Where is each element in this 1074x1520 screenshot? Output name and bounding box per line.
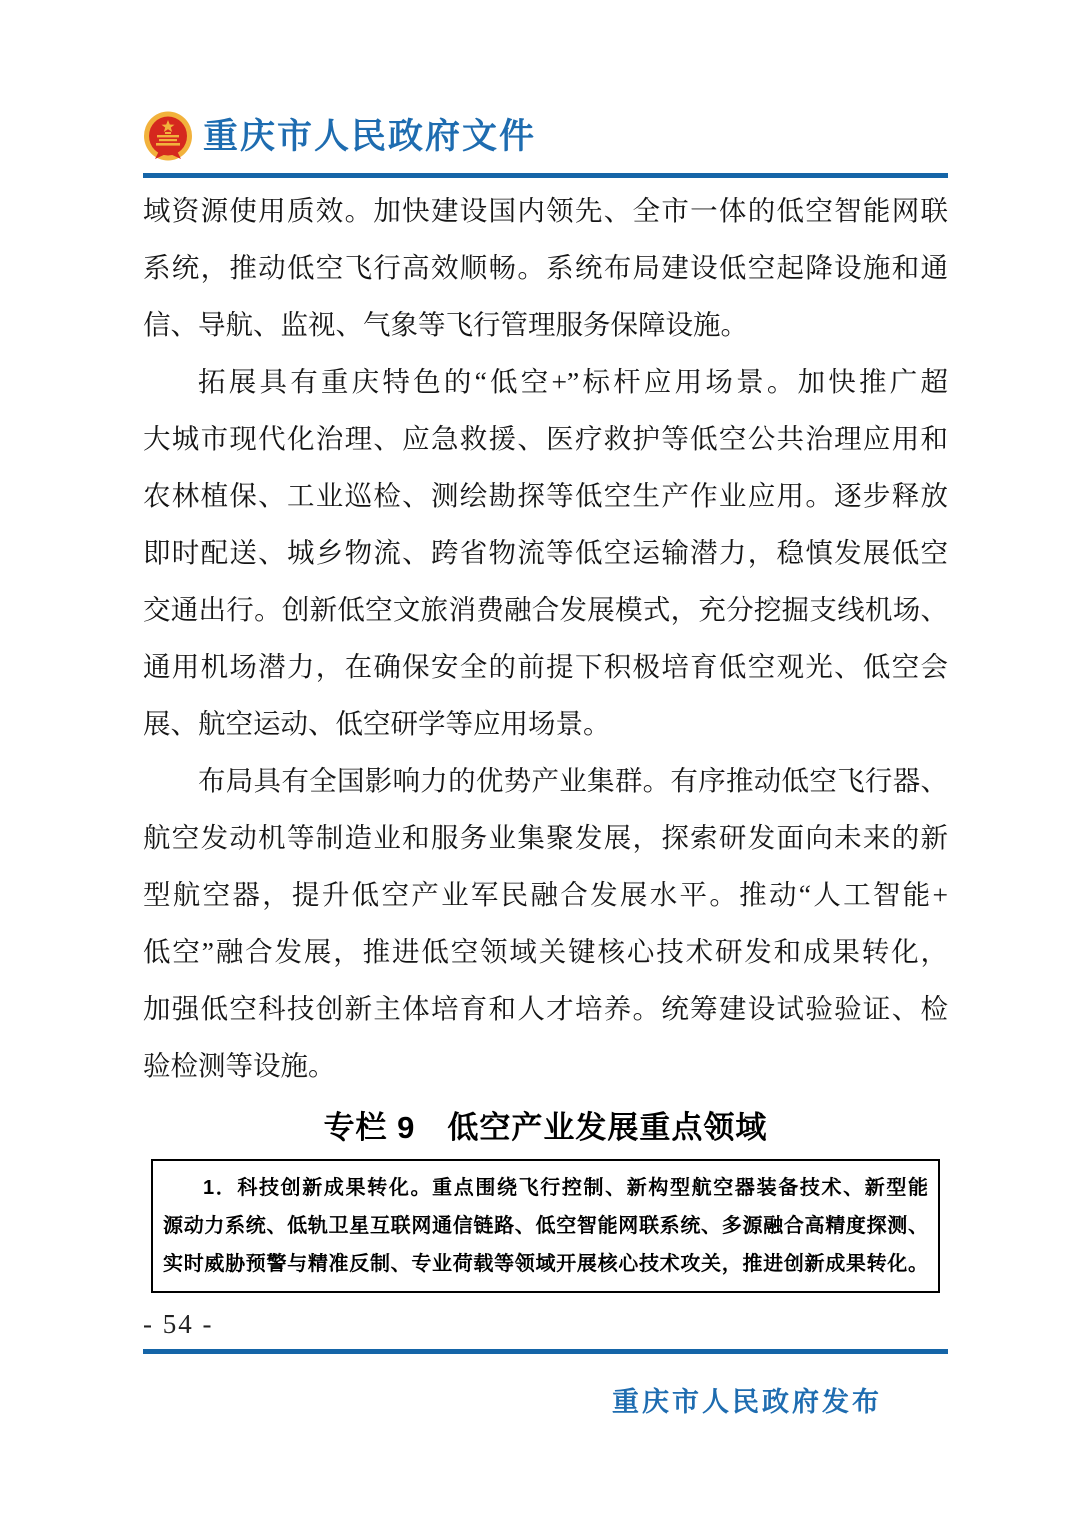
box-text-line: 源动力系统、低轨卫星互联网通信链路、低空智能网联系统、多源融合高精度探测、 (163, 1207, 928, 1245)
body-text-line: 低空”融合发展，推进低空领域关键核心技术研发和成果转化， (143, 923, 948, 980)
body-text-line: 型航空器，提升低空产业军民融合发展水平。推动“人工智能+ (143, 866, 948, 923)
box-text-line: 1．科技创新成果转化。重点围绕飞行控制、新构型航空器装备技术、新型能 (163, 1169, 928, 1207)
content-area: 重庆市人民政府文件 域资源使用质效。加快建设国内领先、全市一体的低空智能网联系统… (143, 110, 948, 1419)
document-header: 重庆市人民政府文件 (143, 110, 948, 164)
body-text-line: 展、航空运动、低空研学等应用场景。 (143, 695, 948, 752)
body-text-line: 大城市现代化治理、应急救援、医疗救护等低空公共治理应用和 (143, 410, 948, 467)
body-text-line: 交通出行。创新低空文旅消费融合发展模式，充分挖掘支线机场、 (143, 581, 948, 638)
document-body: 域资源使用质效。加快建设国内领先、全市一体的低空智能网联系统，推动低空飞行高效顺… (143, 182, 948, 1094)
national-emblem-icon (143, 111, 193, 163)
publisher-label: 重庆市人民政府发布 (143, 1380, 948, 1419)
body-text-line: 通用机场潜力，在确保安全的前提下积极培育低空观光、低空会 (143, 638, 948, 695)
document-page: 重庆市人民政府文件 域资源使用质效。加快建设国内领先、全市一体的低空智能网联系统… (0, 0, 1074, 1520)
body-text-line: 布局具有全国影响力的优势产业集群。有序推动低空飞行器、 (143, 752, 948, 809)
body-text-line: 系统，推动低空飞行高效顺畅。系统布局建设低空起降设施和通 (143, 239, 948, 296)
body-text-line: 验检测等设施。 (143, 1037, 948, 1094)
column-box: 1．科技创新成果转化。重点围绕飞行控制、新构型航空器装备技术、新型能源动力系统、… (151, 1159, 940, 1293)
footer-rule (143, 1349, 948, 1354)
column-heading: 专栏 9 低空产业发展重点领域 (143, 1102, 948, 1147)
body-text-line: 拓展具有重庆特色的“低空+”标杆应用场景。加快推广超 (143, 353, 948, 410)
body-text-line: 信、导航、监视、气象等飞行管理服务保障设施。 (143, 296, 948, 353)
body-text-line: 加强低空科技创新主体培育和人才培养。统筹建设试验验证、检 (143, 980, 948, 1037)
body-text-line: 域资源使用质效。加快建设国内领先、全市一体的低空智能网联 (143, 182, 948, 239)
header-rule (143, 173, 948, 178)
page-number: - 54 - (143, 1309, 948, 1340)
document-title: 重庆市人民政府文件 (203, 111, 536, 163)
body-text-line: 即时配送、城乡物流、跨省物流等低空运输潜力，稳慎发展低空 (143, 524, 948, 581)
body-text-line: 航空发动机等制造业和服务业集聚发展，探索研发面向未来的新 (143, 809, 948, 866)
body-text-line: 农林植保、工业巡检、测绘勘探等低空生产作业应用。逐步释放 (143, 467, 948, 524)
box-text-line: 实时威胁预警与精准反制、专业荷载等领域开展核心技术攻关，推进创新成果转化。 (163, 1245, 928, 1283)
